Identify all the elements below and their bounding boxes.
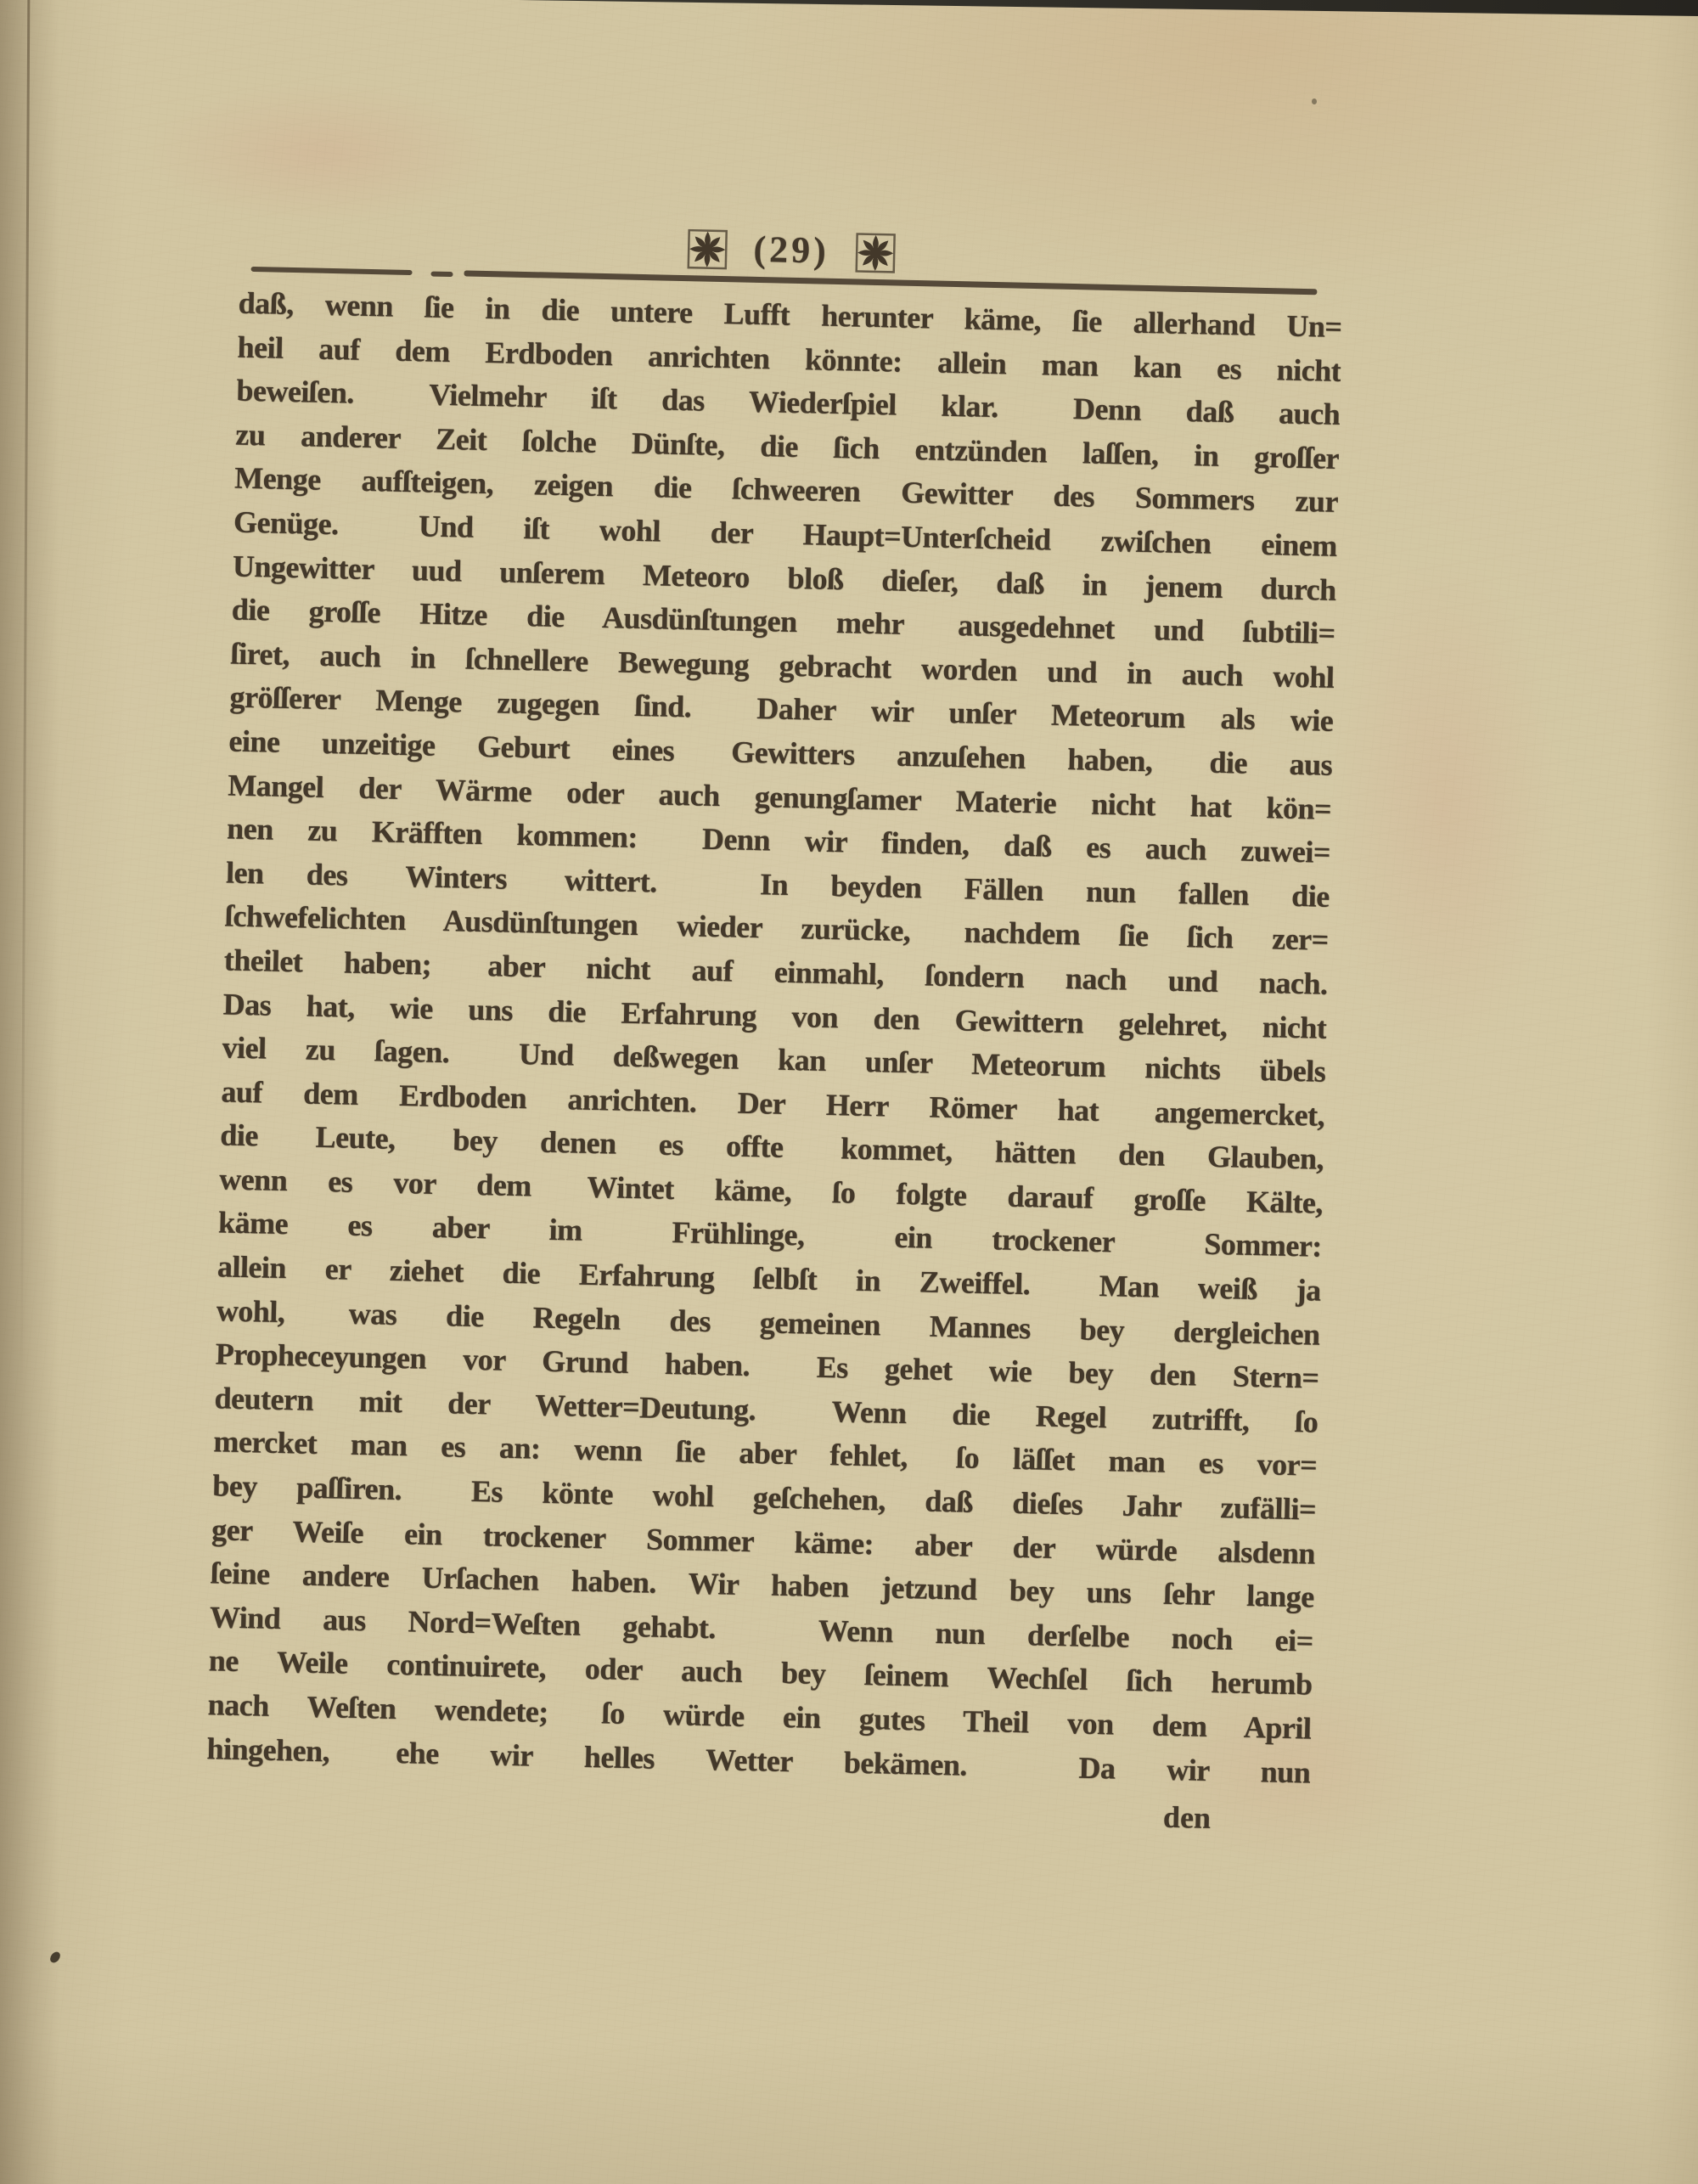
fleuron-icon: [685, 227, 730, 272]
rule-segment: [251, 266, 413, 274]
page-text: daß, wenn ſie in die untere Lufft herunt…: [206, 282, 1342, 1795]
binding-shadow: [0, 0, 59, 2184]
catchword: den: [1163, 1800, 1212, 1835]
book-page-scan: (29): [0, 0, 1698, 2184]
page-content: (29): [205, 215, 1344, 1843]
page-number: (29): [753, 227, 829, 272]
rule-segment: [430, 271, 453, 277]
scan-dark-edge: [518, 0, 1698, 16]
ink-speck: [1312, 99, 1317, 104]
fleuron-icon: [852, 230, 897, 275]
